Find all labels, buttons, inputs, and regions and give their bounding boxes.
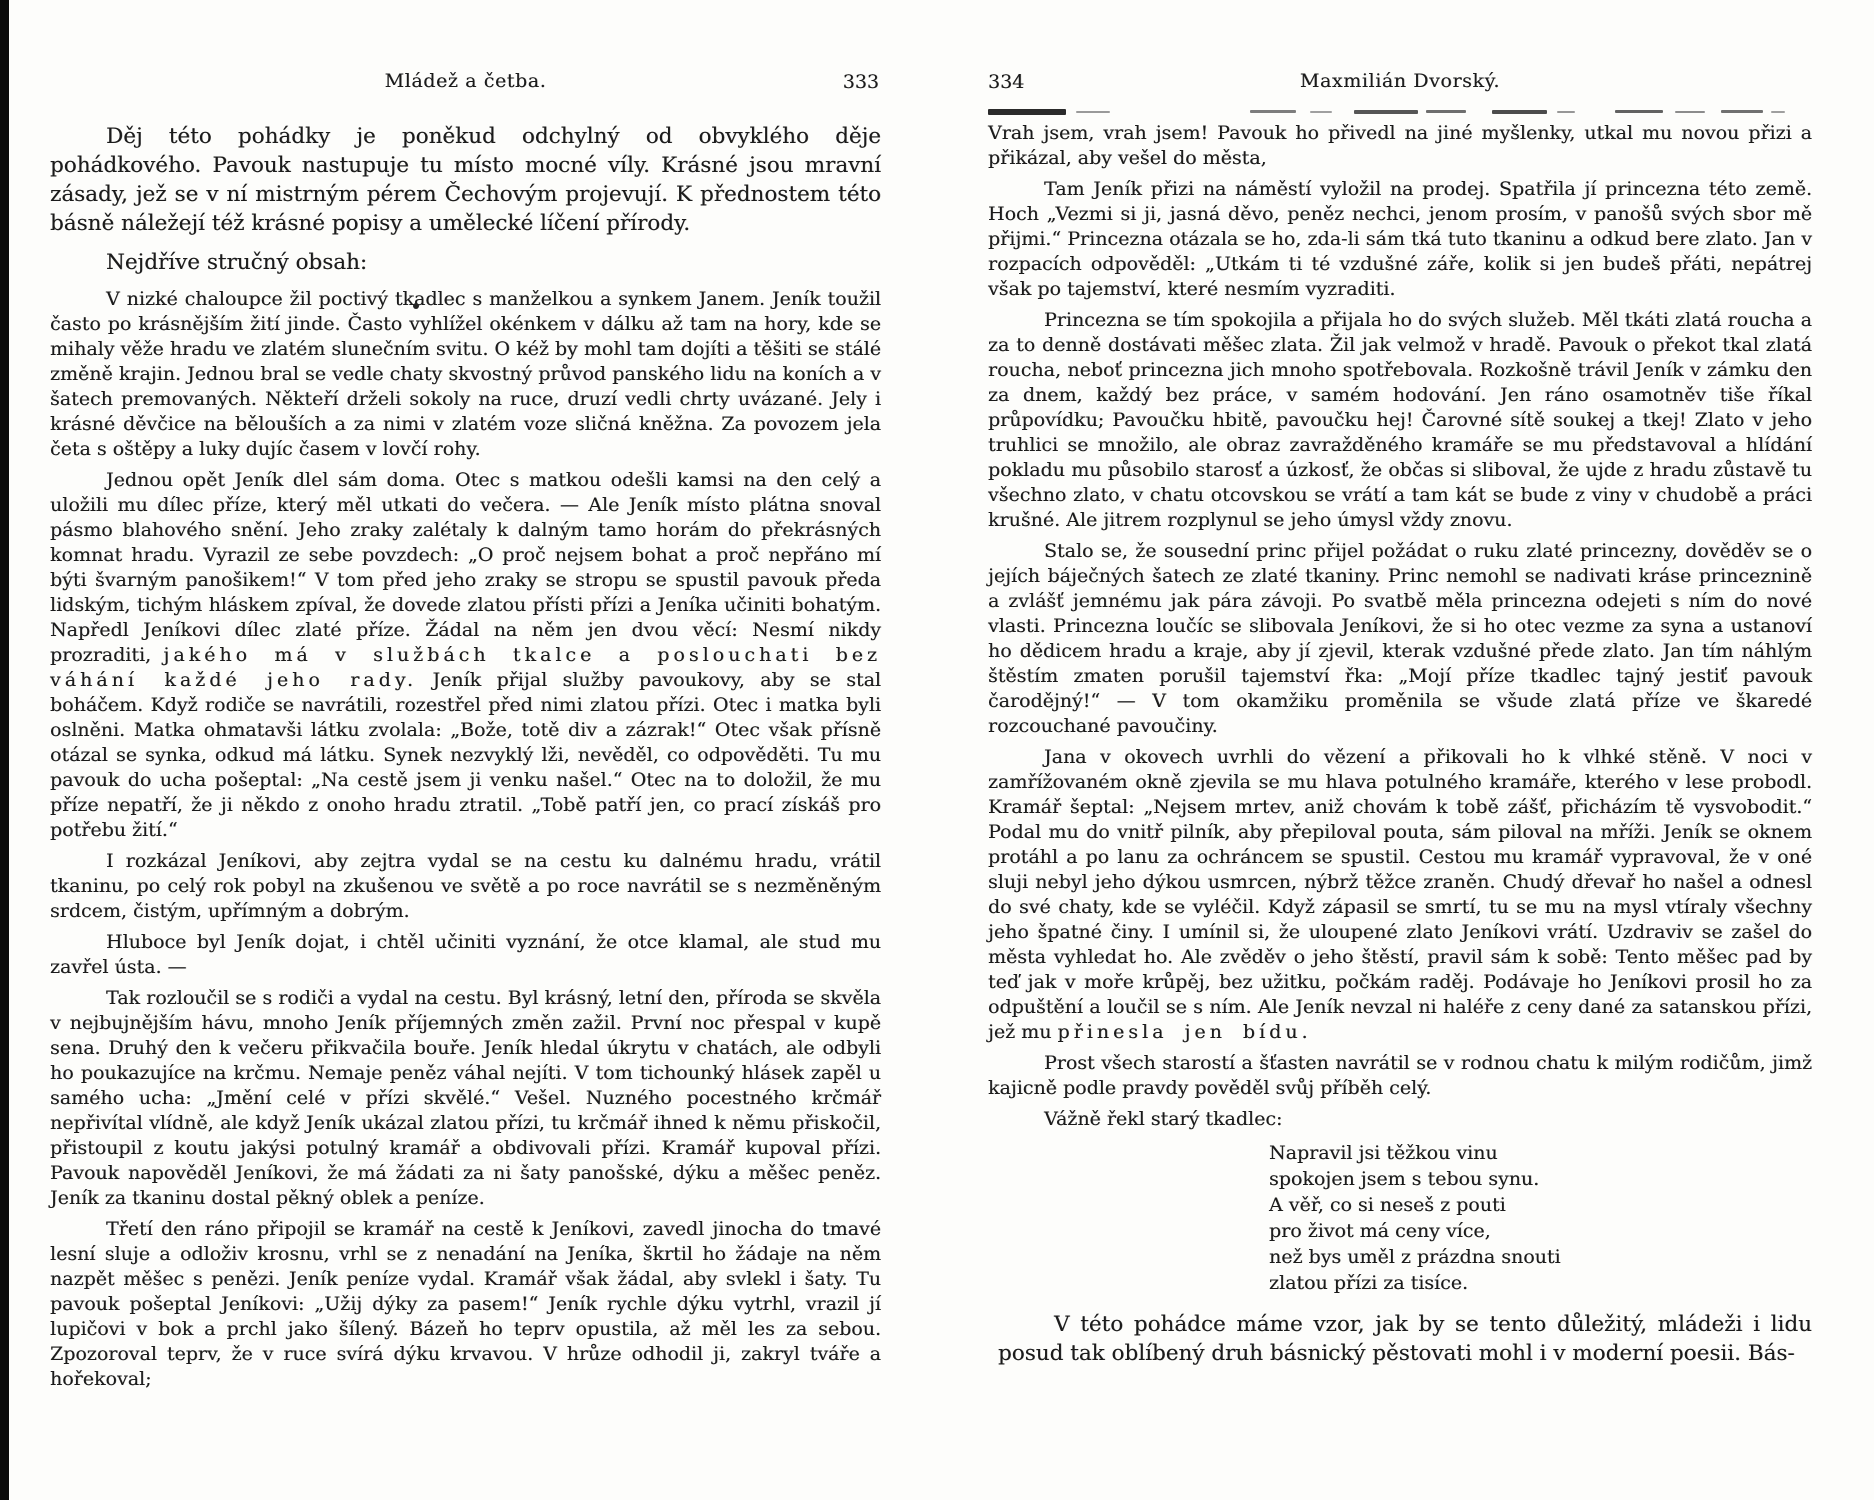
ink-speck [413,303,419,309]
header-rule-smudge [988,101,1812,108]
poem-line: pro život má ceny více, [1269,1218,1812,1244]
closing-paragraph: V této pohádce máme vzor, jak by se tent… [998,1310,1812,1368]
summary-paragraph: Vrah jsem, vrah jsem! Pavouk ho přivedl … [988,121,1812,171]
page-number-left: 333 [843,71,879,93]
summary-paragraph: Tam Jeník přizi na náměstí vyložil na pr… [988,177,1812,302]
paragraph-text: Jednou opět Jeník dlel sám doma. Otec s … [50,469,881,666]
summary-paragraph: Princezna se tím spokojila a přijala ho … [988,308,1812,533]
paragraph-text: Jana v okovech uvrhli do vězení a přikov… [988,746,1812,1043]
opening-paragraph: Děj této pohádky je poněkud odchylný od … [50,122,881,238]
paragraph-text: Jeník přijal služby pavoukovy, aby se st… [50,669,881,841]
poem-line: A věř, co si neseš z pouti [1269,1192,1812,1218]
running-title-left: Mládež a četba. [50,70,881,92]
poem-line: zlatou přízi za tisíce. [1269,1270,1812,1296]
page-number-right: 334 [988,71,1024,93]
summary-paragraph: V nizké chaloupce žil poctivý tkadlec s … [50,287,881,462]
poem: Napravil jsi těžkou vinu spokojen jsem s… [1269,1140,1812,1296]
poem-line: Napravil jsi těžkou vinu [1269,1140,1812,1166]
summary-paragraph: Hluboce byl Jeník dojat, i chtěl učiniti… [50,930,881,980]
page-left: Mládež a četba. 333 Děj této pohádky je … [50,0,881,1398]
summary-paragraph: Prost všech starostí a šťasten navrátil … [988,1051,1812,1101]
page-right-header: 334 Maxmilián Dvorský. [988,70,1812,96]
summary-paragraph: Jednou opět Jeník dlel sám doma. Otec s … [50,468,881,843]
summary-paragraph: Třetí den ráno připojil se kramář na ces… [50,1217,881,1392]
poem-line: než bys uměl z prázdna snouti [1269,1244,1812,1270]
summary-paragraph: Stalo se, že sousední princ přijel požád… [988,539,1812,739]
emphasized-spaced-text: přinesla jen bídu. [1057,1021,1311,1043]
page-right: 334 Maxmilián Dvorský. Vrah jsem, vrah j… [988,0,1812,1368]
summary-paragraph: I rozkázal Jeníkovi, aby zejtra vydal se… [50,849,881,924]
running-title-right: Maxmilián Dvorský. [988,70,1812,92]
scan-edge-artifact [0,0,9,1500]
poem-intro: Vážně řekl starý tkadlec: [988,1107,1812,1132]
poem-line: spokojen jsem s tebou synu. [1269,1166,1812,1192]
section-heading: Nejdříve stručný obsah: [50,248,881,277]
summary-paragraph: Tak rozloučil se s rodiči a vydal na ces… [50,986,881,1211]
summary-paragraph: Jana v okovech uvrhli do vězení a přikov… [988,745,1812,1045]
page-left-header: Mládež a četba. 333 [50,70,881,96]
